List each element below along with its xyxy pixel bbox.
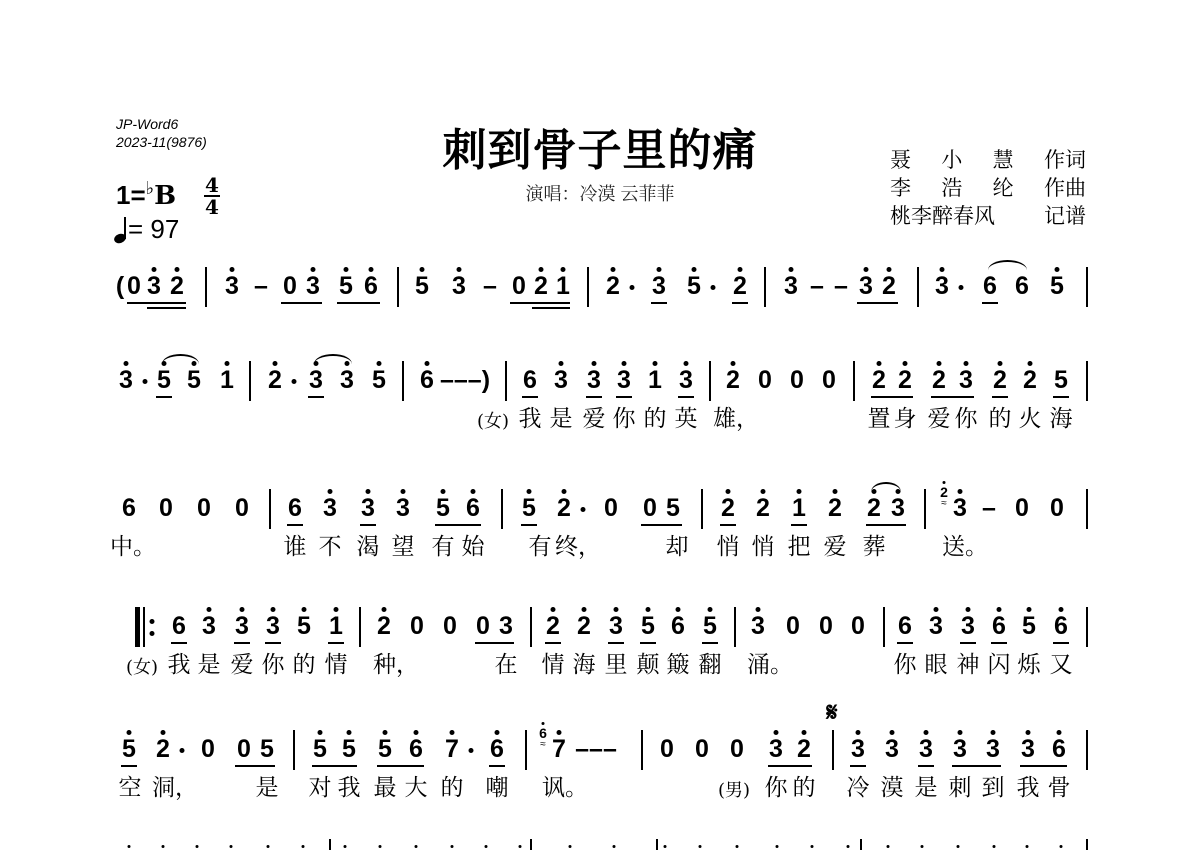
repeat-thick-bar xyxy=(135,607,140,647)
barline xyxy=(1086,730,1088,770)
barline xyxy=(883,607,885,647)
barline xyxy=(1086,607,1088,647)
octave-dot-above xyxy=(344,267,349,272)
note: 2 xyxy=(828,496,842,521)
note: 1 xyxy=(220,368,234,393)
underline-eighth xyxy=(897,642,913,644)
underline-eighth xyxy=(281,302,322,304)
lyric-syllable: 是 xyxy=(550,407,573,431)
partial-note-dot xyxy=(699,845,702,848)
octave-dot-above xyxy=(1028,361,1033,366)
note: 6 xyxy=(288,496,302,521)
flat-icon: ♭ xyxy=(146,178,155,199)
note: 3 xyxy=(554,368,568,393)
note: 3 xyxy=(929,614,943,639)
lyric-syllable: 簸 xyxy=(667,653,690,677)
augmentation-dot xyxy=(630,285,635,290)
barline xyxy=(1086,489,1088,529)
octave-dot-above xyxy=(708,607,713,612)
partial-note-dot xyxy=(1060,845,1063,848)
lyric-syllable: 翻 xyxy=(699,653,722,677)
note: 5 xyxy=(342,737,356,762)
note: 5 xyxy=(297,614,311,639)
note: 0 xyxy=(197,496,211,521)
note: 2 xyxy=(726,368,740,393)
lyric-syllable: 最 xyxy=(374,776,397,800)
lyric-syllable: 洞， xyxy=(152,776,198,800)
credit-role: 作曲 xyxy=(1044,174,1086,202)
underline-eighth xyxy=(702,642,718,644)
underline-eighth xyxy=(982,302,998,304)
underline-eighth xyxy=(641,524,682,526)
underline-eighth xyxy=(1020,765,1067,767)
note: 3 xyxy=(119,368,133,393)
note: 6 xyxy=(1054,614,1068,639)
octave-dot-above xyxy=(802,730,807,735)
octave-dot-above xyxy=(731,361,736,366)
note: 2 xyxy=(170,274,184,299)
lyric-syllable: 在 xyxy=(495,653,518,677)
lyric-syllable: 刺 xyxy=(949,776,972,800)
note: 2 xyxy=(557,496,571,521)
note: 3 xyxy=(499,614,513,639)
barline xyxy=(587,267,589,307)
note: 5 xyxy=(666,496,680,521)
note: 6 xyxy=(172,614,186,639)
underline-eighth xyxy=(931,396,974,398)
underline-eighth xyxy=(510,302,570,304)
lyric-syllable: 你 xyxy=(262,653,285,677)
partial-note-dot xyxy=(485,845,488,848)
note: 3 xyxy=(235,614,249,639)
note: 0 xyxy=(235,496,249,521)
octave-dot-above xyxy=(527,489,532,494)
partial-note-dot xyxy=(887,845,890,848)
dash-or-paren: – xyxy=(810,274,824,299)
underline-eighth xyxy=(171,642,187,644)
barline xyxy=(397,267,399,307)
lyric-syllable: 你 xyxy=(894,653,917,677)
time-top: 4 xyxy=(204,176,220,194)
octave-dot-above xyxy=(539,267,544,272)
lyric-syllable: 爱 xyxy=(928,407,951,431)
note: 2 xyxy=(932,368,946,393)
octave-dot-above xyxy=(676,607,681,612)
lyric-syllable: 涌。 xyxy=(747,653,793,677)
grace-octave-dot xyxy=(542,722,545,725)
note: 3 xyxy=(361,496,375,521)
underline-eighth xyxy=(992,396,1008,398)
lyric-syllable: 空 xyxy=(119,776,142,800)
lyric-syllable: 又 xyxy=(1050,653,1073,677)
barline xyxy=(505,361,507,401)
lyric-syllable: 的 xyxy=(989,407,1012,431)
credit-char: 小 xyxy=(941,146,962,174)
lyric-syllable: 是 xyxy=(915,776,938,800)
time-signature: 4 4 xyxy=(204,176,220,216)
note: 5 xyxy=(378,737,392,762)
note: 5 xyxy=(415,274,429,299)
octave-dot-above xyxy=(441,489,446,494)
note: 3 xyxy=(959,368,973,393)
octave-dot-above xyxy=(738,267,743,272)
lyric-syllable: 骨 xyxy=(1048,776,1071,800)
partial-note-dot xyxy=(230,845,233,848)
note: 6 xyxy=(122,496,136,521)
octave-dot-above xyxy=(414,730,419,735)
lyric-syllable: 讽。 xyxy=(542,776,588,800)
note: 2 xyxy=(797,737,811,762)
lyric-syllable: 是 xyxy=(198,653,221,677)
barline xyxy=(269,489,271,529)
underline-sixteenth xyxy=(147,307,186,309)
octave-dot-above xyxy=(345,361,350,366)
octave-dot-above xyxy=(856,730,861,735)
lyric-syllable: 渴 xyxy=(357,535,380,559)
underline-eighth xyxy=(377,765,424,767)
underline-eighth xyxy=(586,396,602,398)
partial-barline xyxy=(530,839,532,850)
barline xyxy=(701,489,703,529)
note: 0 xyxy=(851,614,865,639)
partial-barline xyxy=(1086,839,1088,850)
underline-eighth xyxy=(360,524,376,526)
partial-note-dot xyxy=(811,845,814,848)
octave-dot-above xyxy=(657,267,662,272)
octave-dot-above xyxy=(653,361,658,366)
note: 6 xyxy=(1015,274,1029,299)
lyric-syllable: 你 xyxy=(955,407,978,431)
note: 3 xyxy=(751,614,765,639)
note: 0 xyxy=(643,496,657,521)
lyric-syllable: 悄 xyxy=(717,535,740,559)
underline-eighth xyxy=(545,642,561,644)
octave-dot-above xyxy=(328,489,333,494)
barline xyxy=(917,267,919,307)
note: 0 xyxy=(758,368,772,393)
note: 3 xyxy=(323,496,337,521)
octave-dot-above xyxy=(471,489,476,494)
underline-eighth xyxy=(312,765,357,767)
augmentation-dot xyxy=(711,285,716,290)
underline-sixteenth xyxy=(532,307,570,309)
note: 6 xyxy=(671,614,685,639)
credit-role: 记谱 xyxy=(1044,202,1086,230)
lyric-syllable: 我 xyxy=(519,407,542,431)
note: 3 xyxy=(859,274,873,299)
octave-dot-above xyxy=(646,607,651,612)
note: 0 xyxy=(237,737,251,762)
partial-note-dot xyxy=(519,845,522,848)
lyric-syllable: 情 xyxy=(542,653,565,677)
octave-dot-above xyxy=(797,489,802,494)
lyric-syllable: 我 xyxy=(168,653,191,677)
underline-eighth xyxy=(489,765,505,767)
lyric-syllable: 烁 xyxy=(1018,653,1041,677)
octave-dot-above xyxy=(271,607,276,612)
underline-eighth xyxy=(732,302,748,304)
underline-eighth xyxy=(720,524,736,526)
note: 5 xyxy=(703,614,717,639)
octave-dot-above xyxy=(551,607,556,612)
partial-note-dot xyxy=(267,845,270,848)
underline-eighth xyxy=(640,642,656,644)
underline-eighth xyxy=(1053,396,1069,398)
octave-dot-above xyxy=(1026,730,1031,735)
slur-tie xyxy=(871,482,901,492)
repeat-dot xyxy=(150,631,155,636)
partial-note-dot xyxy=(451,845,454,848)
underline-eighth xyxy=(234,642,250,644)
lyric-syllable: 有 xyxy=(432,535,455,559)
lyric-syllable: 送。 xyxy=(942,535,988,559)
octave-dot-above xyxy=(958,730,963,735)
note: 2 xyxy=(872,368,886,393)
octave-dot-above xyxy=(377,361,382,366)
octave-dot-above xyxy=(966,607,971,612)
note: 3 xyxy=(851,737,865,762)
octave-dot-above xyxy=(425,361,430,366)
lyric-syllable: 中。 xyxy=(110,535,156,559)
credit-role: 作词 xyxy=(1044,146,1086,174)
note: 2 xyxy=(156,737,170,762)
credit-transcriber: 桃李醉春风 记谱 xyxy=(890,202,1086,230)
octave-dot-above xyxy=(864,267,869,272)
underline-eighth xyxy=(475,642,514,644)
partial-note-dot xyxy=(302,845,305,848)
octave-dot-above xyxy=(334,607,339,612)
lyric-syllable: 是 xyxy=(256,776,279,800)
dash-or-paren: – xyxy=(834,274,848,299)
note: 2 xyxy=(993,368,1007,393)
barline xyxy=(249,361,251,401)
partial-note-dot xyxy=(1026,845,1029,848)
lyric-syllable: 爱 xyxy=(583,407,606,431)
note: 3 xyxy=(953,737,967,762)
octave-dot-above xyxy=(240,607,245,612)
lyric-syllable: (男) xyxy=(718,779,750,803)
note: 3 xyxy=(679,368,693,393)
note: 2 xyxy=(1023,368,1037,393)
time-bottom: 4 xyxy=(204,198,220,216)
repeat-dot xyxy=(150,619,155,624)
octave-dot-above xyxy=(382,607,387,612)
underline-eighth xyxy=(871,396,913,398)
grace-tilde-icon: ≈ xyxy=(540,740,546,750)
lyric-syllable: 里 xyxy=(605,653,628,677)
lyric-syllable: 火 xyxy=(1019,407,1042,431)
octave-dot-above xyxy=(940,267,945,272)
note: 3 xyxy=(396,496,410,521)
octave-dot-above xyxy=(559,361,564,366)
barline xyxy=(402,361,404,401)
partial-note-dot xyxy=(776,845,779,848)
octave-dot-above xyxy=(450,730,455,735)
dash-or-paren: ––– xyxy=(575,737,617,762)
lyric-syllable: 眼 xyxy=(925,653,948,677)
octave-dot-above xyxy=(756,607,761,612)
underline-eighth xyxy=(991,642,1007,644)
lyric-syllable: 神 xyxy=(957,653,980,677)
barline xyxy=(832,730,834,770)
partial-barline xyxy=(329,839,331,850)
lyric-syllable: 你 xyxy=(613,407,636,431)
octave-dot-above xyxy=(998,361,1003,366)
note: 2 xyxy=(534,274,548,299)
lyric-syllable: 却 xyxy=(666,535,689,559)
note: 2 xyxy=(756,496,770,521)
credits: 聂 小 慧 作词 李 浩 纶 作曲 桃李醉春风 记谱 xyxy=(890,146,1086,230)
octave-dot-above xyxy=(495,730,500,735)
octave-dot-above xyxy=(420,267,425,272)
lyric-syllable: 嘲 xyxy=(486,776,509,800)
lyric-syllable: 葬 xyxy=(863,535,886,559)
note: 3 xyxy=(885,737,899,762)
note: 6 xyxy=(992,614,1006,639)
lyric-syllable: 不 xyxy=(319,535,342,559)
octave-dot-above xyxy=(774,730,779,735)
partial-note-dot xyxy=(921,845,924,848)
tempo-marking: = 97 xyxy=(114,214,179,245)
note: 2 xyxy=(546,614,560,639)
barline xyxy=(734,607,736,647)
note: 6 xyxy=(466,496,480,521)
lyric-syllable: 你 xyxy=(765,776,788,800)
note: 0 xyxy=(786,614,800,639)
barline xyxy=(501,489,503,529)
note: 3 xyxy=(935,274,949,299)
note: 3 xyxy=(452,274,466,299)
octave-dot-above xyxy=(887,267,892,272)
octave-dot-above xyxy=(207,607,212,612)
lyric-syllable: 我 xyxy=(338,776,361,800)
underline-eighth xyxy=(608,642,624,644)
note: 0 xyxy=(604,496,618,521)
octave-dot-above xyxy=(302,607,307,612)
credit-char: 浩 xyxy=(941,174,962,202)
note: 2 xyxy=(733,274,747,299)
augmentation-dot xyxy=(959,285,964,290)
octave-dot-above xyxy=(964,361,969,366)
augmentation-dot xyxy=(180,748,185,753)
lyric-syllable: 有 xyxy=(529,535,552,559)
tempo-value: = 97 xyxy=(128,214,179,244)
octave-dot-above xyxy=(230,267,235,272)
octave-dot-above xyxy=(611,267,616,272)
note: 1 xyxy=(648,368,662,393)
lyric-syllable: 悄 xyxy=(752,535,775,559)
octave-dot-above xyxy=(347,730,352,735)
octave-dot-above xyxy=(614,607,619,612)
note: 6 xyxy=(490,737,504,762)
note: 0 xyxy=(283,274,297,299)
note: 5 xyxy=(313,737,327,762)
note: 3 xyxy=(147,274,161,299)
note: 5 xyxy=(641,614,655,639)
note: 5 xyxy=(372,368,386,393)
lyric-syllable: (女) xyxy=(126,656,158,680)
barline xyxy=(205,267,207,307)
note: 3 xyxy=(769,737,783,762)
underline-eighth xyxy=(127,302,186,304)
octave-dot-above xyxy=(124,361,129,366)
underline-eighth xyxy=(678,396,694,398)
note: 1 xyxy=(329,614,343,639)
key-signature: 1=♭B xyxy=(116,180,176,211)
underline-eighth xyxy=(328,642,344,644)
octave-dot-above xyxy=(934,607,939,612)
dash-or-paren: – xyxy=(483,274,497,299)
lyric-syllable: 海 xyxy=(1050,407,1073,431)
note: 7 xyxy=(445,737,459,762)
lyric-syllable: 望 xyxy=(392,535,415,559)
partial-note-dot xyxy=(344,845,347,848)
note: 2 xyxy=(377,614,391,639)
lyric-syllable: 的 xyxy=(793,776,816,800)
octave-dot-above xyxy=(318,730,323,735)
note: 6 xyxy=(523,368,537,393)
note: 0 xyxy=(819,614,833,639)
barline xyxy=(1086,267,1088,307)
partial-note-dot xyxy=(415,845,418,848)
note: 2 xyxy=(606,274,620,299)
partial-note-dot xyxy=(847,845,850,848)
octave-dot-above xyxy=(562,489,567,494)
lyric-syllable: 我 xyxy=(1017,776,1040,800)
octave-dot-above xyxy=(958,489,963,494)
note: 5 xyxy=(1050,274,1064,299)
note: 0 xyxy=(512,274,526,299)
octave-dot-above xyxy=(692,267,697,272)
octave-dot-above xyxy=(225,361,230,366)
note: 5 xyxy=(687,274,701,299)
underline-eighth xyxy=(768,765,812,767)
octave-dot-above xyxy=(1059,607,1064,612)
octave-dot-above xyxy=(622,361,627,366)
underline-eighth xyxy=(156,396,172,398)
lyric-syllable: 种， xyxy=(373,653,419,677)
partial-note-dot xyxy=(993,845,996,848)
octave-dot-above xyxy=(684,361,689,366)
underline-eighth xyxy=(265,642,281,644)
octave-dot-above xyxy=(726,489,731,494)
note: 3 xyxy=(309,368,323,393)
note: 3 xyxy=(609,614,623,639)
note: 5 xyxy=(1054,368,1068,393)
repeat-thin-bar xyxy=(143,607,145,647)
octave-dot-above xyxy=(152,267,157,272)
partial-note-dot xyxy=(379,845,382,848)
lyric-syllable: 海 xyxy=(573,653,596,677)
lyric-syllable: 漠 xyxy=(881,776,904,800)
octave-dot-above xyxy=(877,361,882,366)
octave-dot-above xyxy=(383,730,388,735)
barline xyxy=(359,607,361,647)
octave-dot-above xyxy=(192,361,197,366)
dash-or-paren: –––) xyxy=(440,368,490,393)
lyric-syllable: 英 xyxy=(675,407,698,431)
note: 3 xyxy=(617,368,631,393)
credit-char: 聂 xyxy=(890,146,911,174)
octave-dot-above xyxy=(592,361,597,366)
barline xyxy=(1086,361,1088,401)
barline xyxy=(293,730,295,770)
lyric-syllable: (女) xyxy=(477,410,509,434)
lyric-syllable: 大 xyxy=(405,776,428,800)
lyric-syllable: 到 xyxy=(982,776,1005,800)
lyric-syllable: 的 xyxy=(293,653,316,677)
grace-note: 2 xyxy=(940,485,948,499)
